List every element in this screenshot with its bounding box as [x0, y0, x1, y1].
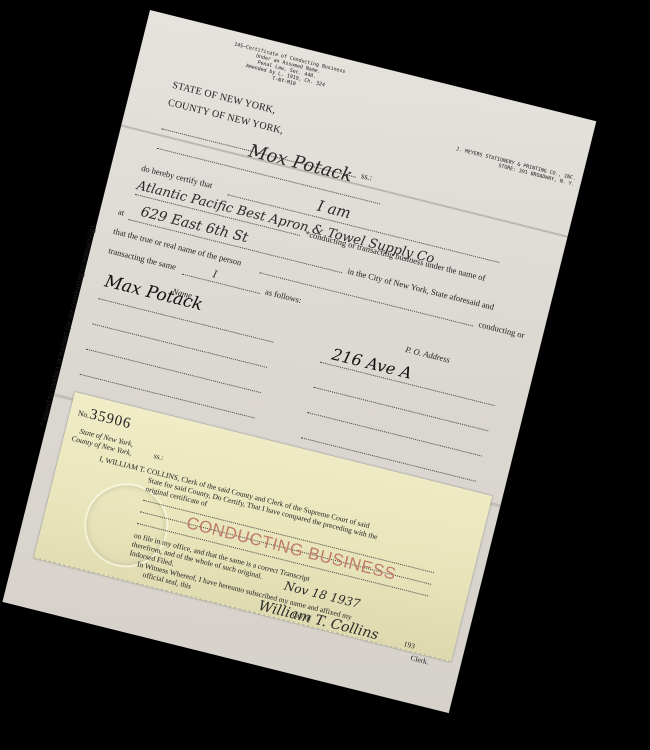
address-line — [313, 387, 488, 432]
address-line — [307, 412, 482, 457]
declarant-name: Mox Potack — [246, 140, 354, 186]
blank-line — [182, 274, 260, 294]
address-column-header: P. O. Address — [404, 344, 451, 365]
name-line — [92, 323, 267, 368]
photo-stage: 145—Certificate of Conducting Business U… — [0, 0, 650, 750]
person-name: Max Potack — [103, 271, 205, 315]
printer-imprint: J. MEYERS STATIONERY & PRINTING CO., INC… — [454, 146, 577, 188]
as-follows-label: as follows: — [264, 286, 302, 305]
slip-ss-label: ss.: — [153, 451, 165, 462]
person-address: 216 Ave A — [330, 345, 414, 383]
conducting-or-label: conducting or — [478, 319, 526, 340]
form-code-block: 145—Certificate of Conducting Business U… — [228, 41, 346, 98]
person-count: I — [212, 269, 218, 281]
year-prefix: 193 — [403, 639, 416, 650]
at-label: at — [117, 206, 125, 217]
name-line — [86, 349, 261, 394]
ss-label: ss.: — [360, 170, 373, 182]
